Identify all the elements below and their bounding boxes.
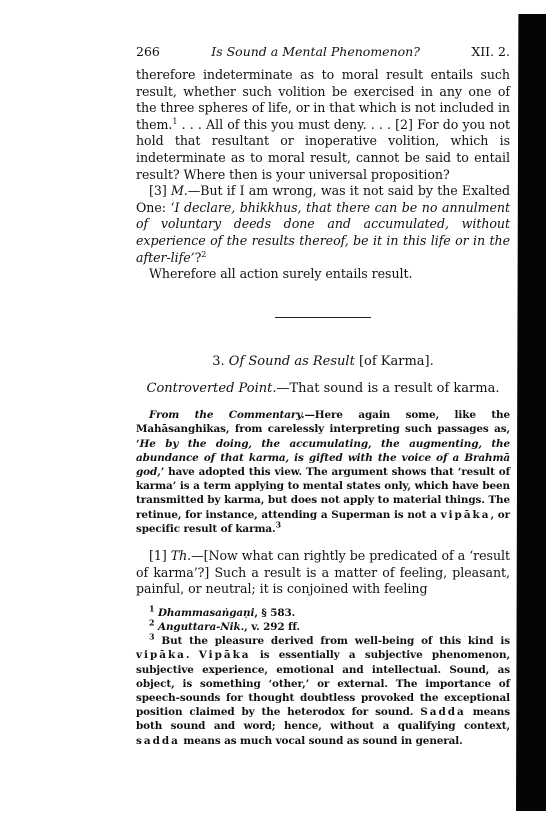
running-head: 266 Is Sound a Mental Phenomenon? XII. 2… bbox=[136, 44, 510, 59]
speaker-label: M. bbox=[171, 183, 188, 198]
paragraph: [3] M.—But if I am wrong, was it not sai… bbox=[136, 183, 510, 266]
section-number: XII. 2. bbox=[471, 44, 510, 59]
controverted-point: Controverted Point.—That sound is a resu… bbox=[136, 381, 510, 396]
argument-paragraph: [1] Th.—[Now what can rightly be predica… bbox=[136, 548, 510, 598]
main-text: therefore indeterminate as to moral resu… bbox=[136, 67, 510, 283]
book-page: 266 Is Sound a Mental Phenomenon? XII. 2… bbox=[136, 44, 510, 748]
paragraph: therefore indeterminate as to moral resu… bbox=[136, 67, 510, 183]
page-number: 266 bbox=[136, 44, 160, 59]
section-divider bbox=[275, 317, 371, 319]
commentary: From the Commentary.—Here again some, li… bbox=[136, 408, 510, 536]
running-title: Is Sound a Mental Phenomenon? bbox=[211, 44, 420, 59]
footnote-ref: 2 bbox=[201, 249, 206, 258]
scanner-border bbox=[516, 14, 546, 811]
footnote-3: 3 But the pleasure derived from well-bei… bbox=[136, 634, 510, 748]
footnote-2: 2 Anguttara-Nik., v. 292 ff. bbox=[136, 620, 510, 634]
scripture-quote: ‘I declare, bhikkhus, that there can be … bbox=[136, 200, 510, 265]
section-heading: 3. Of Sound as Result [of Karma]. bbox=[136, 354, 510, 369]
footnotes: 1 Dhammasaṅgaṇi, § 583. 2 Anguttara-Nik.… bbox=[136, 606, 510, 748]
paragraph: Wherefore all action surely entails resu… bbox=[136, 266, 510, 283]
footnote-1: 1 Dhammasaṅgaṇi, § 583. bbox=[136, 606, 510, 620]
